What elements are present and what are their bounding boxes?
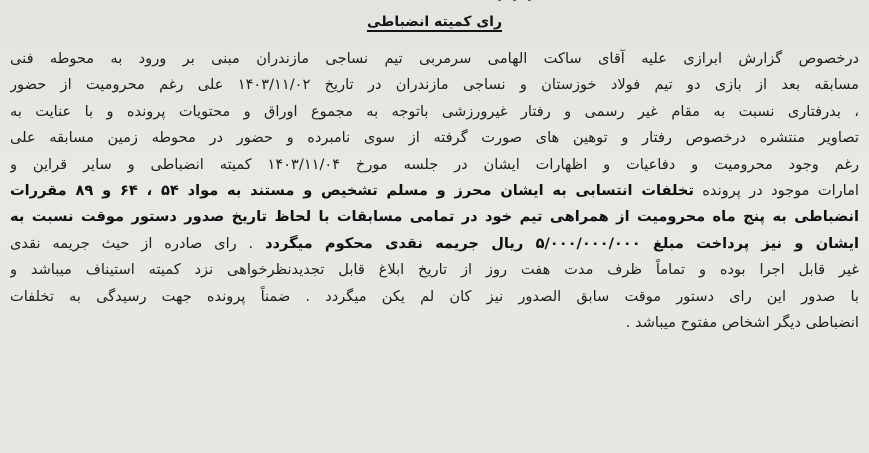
paragraph-line-11: انضباطی دیگر اشخاص مفتوح میباشد . <box>10 310 859 336</box>
paragraph-line-4: تصاویر منتشره درخصوص رفتار و توهین های ص… <box>10 125 859 151</box>
paragraph-line-7: انضباطی به پنج ماه محرومیت از همراهی تیم… <box>10 204 859 230</box>
line-8-text-regular: . رای صادره از حیث جریمه نقدی <box>10 235 265 252</box>
line-5-text: رغم وجود محرومیت و دفاعیات و اظهارات ایش… <box>10 156 859 173</box>
line-3-text: ، بدرفتاری نسبت به مقام غیر رسمی و رفتار… <box>10 103 859 120</box>
paragraph-line-9: غیر قابل اجرا بوده و تماماً ظرف مدت هفت … <box>10 257 859 283</box>
line-1-text: درخصوص گزارش ابرازی علیه آقای ساکت الهام… <box>10 50 859 67</box>
cut-off-header-text: • • • <box>280 0 749 8</box>
line-6-text-bold: تخلفات انتسابی به ایشان محرز و مسلم تشخی… <box>10 182 694 199</box>
paragraph-line-2: مسابقه بعد از بازی دو تیم فولاد خوزستان … <box>10 72 859 98</box>
line-6-text-regular: امارات موجود در پرونده <box>694 182 859 199</box>
paragraph-line-6: امارات موجود در پرونده تخلفات انتسابی به… <box>10 178 859 204</box>
line-4-text: تصاویر منتشره درخصوص رفتار و توهین های ص… <box>10 129 859 146</box>
paragraph-line-5: رغم وجود محرومیت و دفاعیات و اظهارات ایش… <box>10 152 859 178</box>
paragraph-line-10: با صدور این رای دستور موقت سابق الصدور ن… <box>10 284 859 310</box>
line-10-text: با صدور این رای دستور موقت سابق الصدور ن… <box>10 288 859 305</box>
line-9-text: غیر قابل اجرا بوده و تماماً ظرف مدت هفت … <box>10 261 859 278</box>
paragraph-line-8: ایشان و نیز پرداخت مبلغ ۵/۰۰۰/۰۰۰/۰۰۰ ری… <box>10 231 859 257</box>
document-title: رای کمیته انضباطی <box>0 14 869 30</box>
paragraph-line-1: درخصوص گزارش ابرازی علیه آقای ساکت الهام… <box>10 46 859 72</box>
line-11-text: انضباطی دیگر اشخاص مفتوح میباشد . <box>626 314 859 331</box>
paragraph-line-3: ، بدرفتاری نسبت به مقام غیر رسمی و رفتار… <box>10 99 859 125</box>
line-2-text: مسابقه بعد از بازی دو تیم فولاد خوزستان … <box>10 76 859 93</box>
title-text: رای کمیته انضباطی <box>367 14 502 30</box>
line-8-text-bold: ایشان و نیز پرداخت مبلغ ۵/۰۰۰/۰۰۰/۰۰۰ ری… <box>265 235 859 252</box>
document-page: • • • رای کمیته انضباطی درخصوص گزارش ابر… <box>0 0 869 453</box>
ruling-body: درخصوص گزارش ابرازی علیه آقای ساکت الهام… <box>10 46 859 336</box>
line-7-text-bold: انضباطی به پنج ماه محرومیت از همراهی تیم… <box>10 208 859 225</box>
